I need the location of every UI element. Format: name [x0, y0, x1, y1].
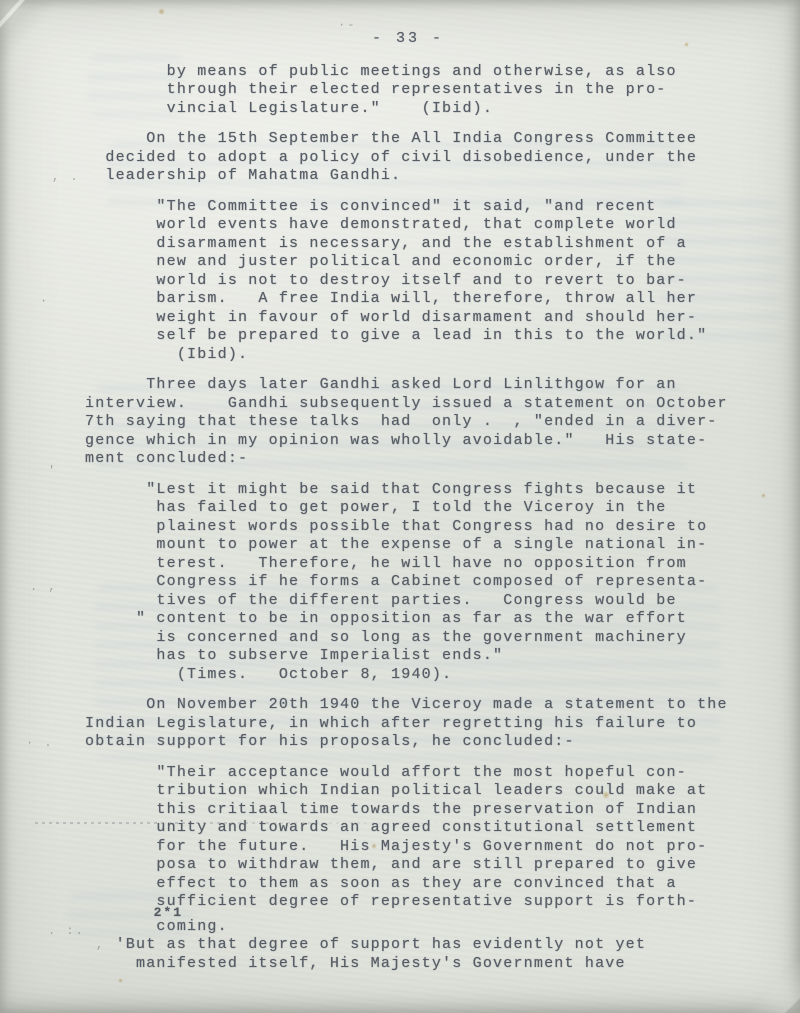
- overstrike-fragment: 2*1: [85, 908, 800, 918]
- text-line: tives of the different parties. Congress…: [85, 592, 800, 611]
- paragraph-but-as-continuation: 'But as that degree of support has evide…: [85, 936, 800, 973]
- text-line: this critiaal time towards the preservat…: [85, 801, 800, 820]
- text-line: On November 20th 1940 the Viceroy made a…: [85, 696, 800, 715]
- text-line: has failed to get power, I told the Vice…: [85, 499, 800, 518]
- page-number: - 33 -: [8, 30, 800, 49]
- text-line: for the future. His Majesty's Government…: [85, 838, 800, 857]
- text-line: manifested itself, His Majesty's Governm…: [85, 955, 800, 974]
- paragraph-gandhi-linlithgow-interview: Three days later Gandhi asked Lord Linli…: [85, 376, 800, 469]
- text-line: obtain support for his proposals, he con…: [85, 733, 800, 752]
- text-line: plainest words possible that Congress ha…: [85, 518, 800, 537]
- text-line: barism. A free India will, therefore, th…: [85, 290, 800, 309]
- text-line: unity and towards an agreed constitution…: [85, 819, 800, 838]
- text-line: leadership of Mahatma Gandhi.: [85, 167, 800, 186]
- age-stain: [118, 978, 123, 983]
- text-line: disarmament is necessary, and the establ…: [85, 235, 800, 254]
- blockquote-committee-conviction: "The Committee is convinced" it said, "a…: [85, 198, 800, 365]
- text-line: decided to adopt a policy of civil disob…: [85, 149, 800, 168]
- text-line: ment concluded:-: [85, 450, 800, 469]
- text-line: new and juster political and economic or…: [85, 253, 800, 272]
- text-line: world events have demonstrated, that com…: [85, 216, 800, 235]
- text-line: through their elected representatives in…: [85, 81, 800, 100]
- paragraph-viceroy-november-statement: On November 20th 1940 the Viceroy made a…: [85, 696, 800, 752]
- text-line: is concerned and so long as the governme…: [85, 629, 800, 648]
- quote-continuation-provincial-legislature: by means of public meetings and otherwis…: [85, 63, 800, 119]
- text-line: effect to them as soon as they are convi…: [85, 875, 800, 894]
- text-line: "The Committee is convinced" it said, "a…: [85, 198, 800, 217]
- text-line: interview. Gandhi subsequently issued a …: [85, 395, 800, 414]
- text-line: "Lest it might be said that Congress fig…: [85, 481, 800, 500]
- document-body: - 33 - by means of public meetings and o…: [0, 0, 800, 973]
- text-line: has to subserve Imperialist ends.": [85, 647, 800, 666]
- text-line: Three days later Gandhi asked Lord Linli…: [85, 376, 800, 395]
- text-line: tribution which Indian political leaders…: [85, 782, 800, 801]
- paragraph-civil-disobedience-decision: On the 15th September the All India Cong…: [85, 130, 800, 186]
- text-line: by means of public meetings and otherwis…: [85, 63, 800, 82]
- text-line: 'But as that degree of support has evide…: [85, 936, 800, 955]
- text-line: coming.: [85, 918, 800, 937]
- text-line: vincial Legislature." (Ibid).: [85, 100, 800, 119]
- text-line: (Times. October 8, 1940).: [85, 666, 800, 685]
- text-line: weight in favour of world disarmament an…: [85, 309, 800, 328]
- text-line: self be prepared to give a lead in this …: [85, 327, 800, 346]
- text-line: posa to withdraw them, and are still pre…: [85, 856, 800, 875]
- text-line: Congress if he forms a Cabinet composed …: [85, 573, 800, 592]
- text-line: gence which in my opinion was wholly avo…: [85, 432, 800, 451]
- blockquote-gandhi-statement: "Lest it might be said that Congress fig…: [85, 481, 800, 685]
- text-line: 7th saying that these talks had only . ,…: [85, 413, 800, 432]
- text-line: mount to power at the expense of a singl…: [85, 536, 800, 555]
- text-line: (Ibid).: [85, 346, 800, 365]
- scanned-document-page: , . · ' . , · . . :. , ·- - 33 - by mean…: [0, 0, 800, 1013]
- text-line: world is not to destroy itself and to re…: [85, 272, 800, 291]
- blockquote-viceroy-conclusion: "Their acceptance would affort the most …: [85, 764, 800, 937]
- text-line: "Their acceptance would affort the most …: [85, 764, 800, 783]
- text-line: terest. Therefore, he will have no oppos…: [85, 555, 800, 574]
- text-line: Indian Legislature, in which after regre…: [85, 715, 800, 734]
- text-line: " content to be in opposition as far as …: [85, 610, 800, 629]
- text-line: On the 15th September the All India Cong…: [85, 130, 800, 149]
